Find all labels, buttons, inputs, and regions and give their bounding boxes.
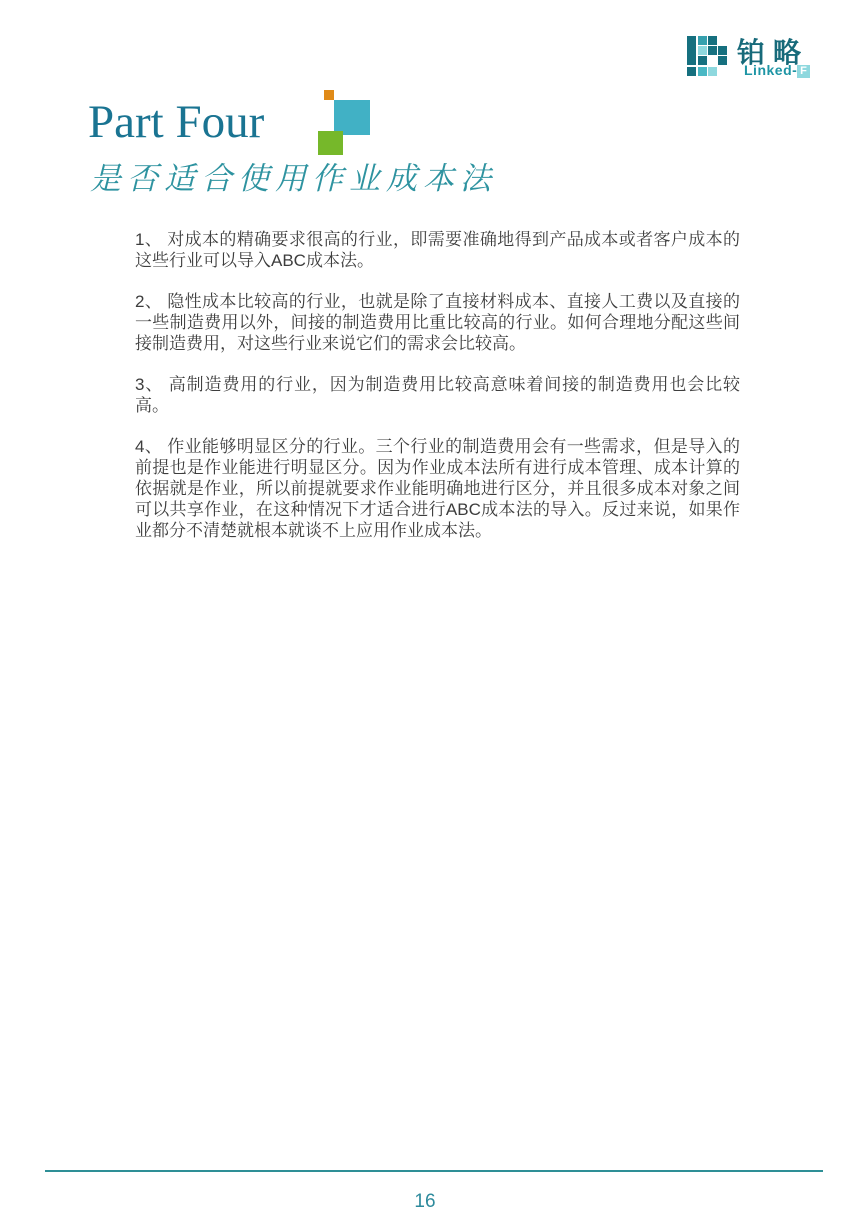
section-subtitle: 是否适合使用作业成本法 [90,153,497,198]
body-text: 1、 对成本的精确要求很高的行业，即需要准确地得到产品成本或者客户成本的这些行业… [135,229,740,561]
document-page: 铂略 Linked-F Part Four 是否适合使用作业成本法 1、 对成本… [0,0,850,1228]
orange-square-icon [324,90,334,100]
footer-divider [45,1170,823,1172]
paragraph-4: 4、 作业能够明显区分的行业。三个行业的制造费用会有一些需求，但是导入的前提也是… [135,436,740,541]
paragraph-2: 2、 隐性成本比较高的行业，也就是除了直接材料成本、直接人工费以及直接的一些制造… [135,291,740,354]
green-square-icon [318,131,343,155]
linked-f-logo-icon [687,36,720,77]
paragraph-1: 1、 对成本的精确要求很高的行业，即需要准确地得到产品成本或者客户成本的这些行业… [135,229,740,271]
paragraph-3: 3、 高制造费用的行业，因为制造费用比较高意味着间接的制造费用也会比较高。 [135,374,740,416]
brand-name-english-prefix: Linked- [744,62,797,78]
brand-logo: 铂略 Linked-F [687,33,812,81]
teal-square-icon [334,100,370,135]
decorative-squares-icon [318,88,372,156]
part-title: Part Four [88,96,264,148]
page-number: 16 [0,1191,850,1213]
brand-f-badge: F [797,65,810,78]
brand-name-english: Linked-F [744,62,810,78]
